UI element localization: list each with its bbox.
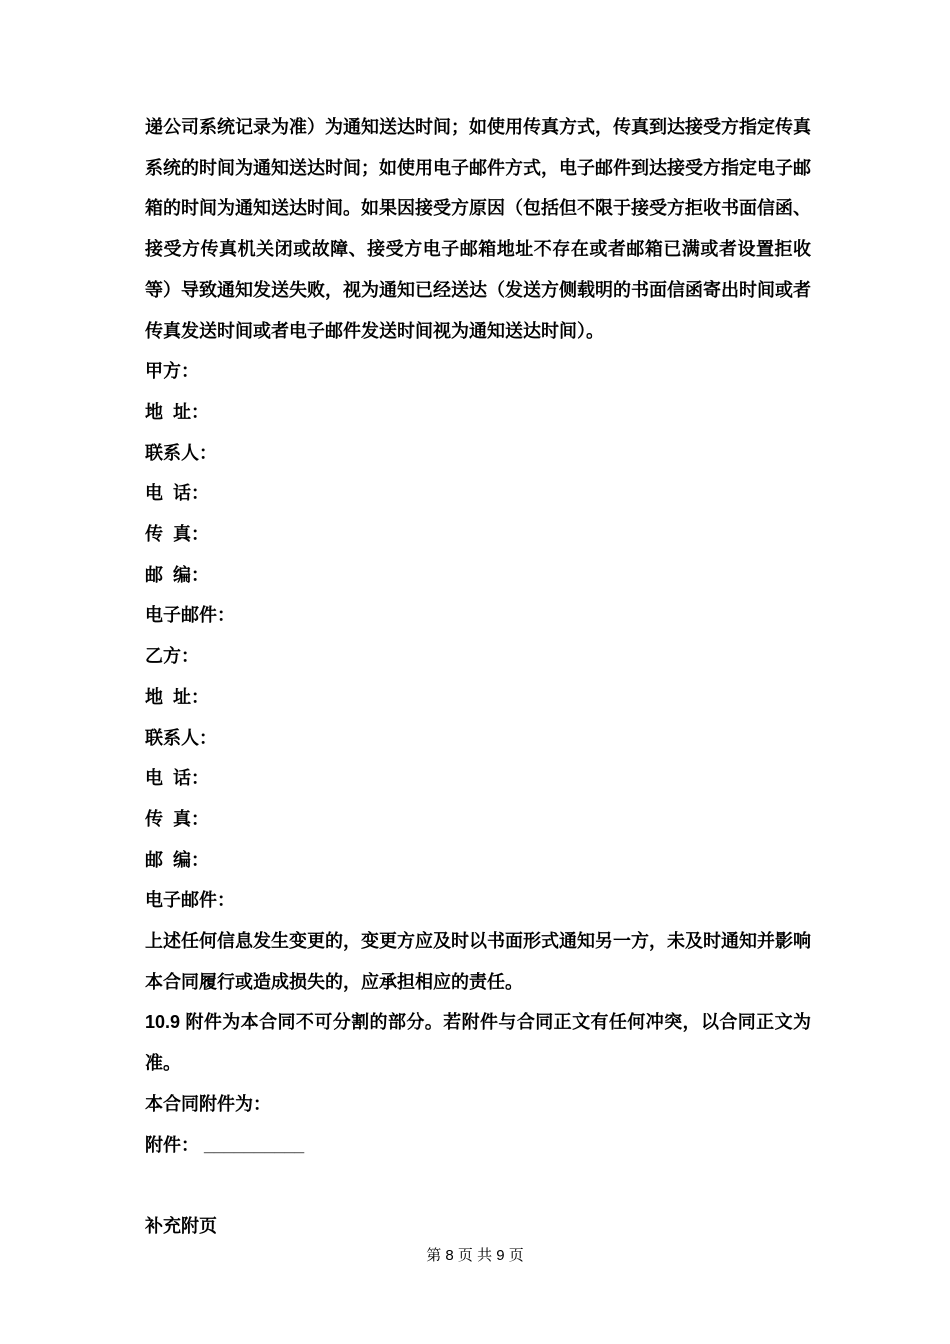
- party-b-label: 乙方：: [145, 636, 811, 677]
- party-b-fax-field: 传 真：: [145, 799, 811, 840]
- party-b-postcode-field: 邮 编：: [145, 840, 811, 881]
- contract-page: 递公司系统记录为准）为通知送达时间；如使用传真方式，传真到达接受方指定传真系统的…: [0, 0, 950, 1344]
- party-b-contact-field: 联系人：: [145, 718, 811, 759]
- party-a-address-field: 地 址：: [145, 392, 811, 433]
- supplement-title: 补充附页: [145, 1206, 811, 1247]
- party-a-phone-field: 电 话：: [145, 473, 811, 514]
- continuation-paragraph: 递公司系统记录为准）为通知送达时间；如使用传真方式，传真到达接受方指定传真系统的…: [145, 107, 811, 351]
- party-b-address-field: 地 址：: [145, 677, 811, 718]
- attachment-blank-underline: __________: [199, 1135, 304, 1155]
- attachment-line: 附件： __________: [145, 1125, 811, 1166]
- party-b-phone-field: 电 话：: [145, 758, 811, 799]
- page-footer: 第 8 页 共 9 页: [0, 1247, 950, 1265]
- party-a-postcode-field: 邮 编：: [145, 555, 811, 596]
- blank-line: [145, 1165, 811, 1206]
- clause-10-9-paragraph: 10.9 附件为本合同不可分割的部分。若附件与合同正文有任何冲突，以合同正文为准…: [145, 1002, 811, 1083]
- change-notice-paragraph: 上述任何信息发生变更的，变更方应及时以书面形式通知另一方，未及时通知并影响本合同…: [145, 921, 811, 1002]
- party-b-email-field: 电子邮件：: [145, 880, 811, 921]
- attachment-intro-line: 本合同附件为：: [145, 1084, 811, 1125]
- party-a-label: 甲方：: [145, 351, 811, 392]
- party-a-contact-field: 联系人：: [145, 433, 811, 474]
- page-body: 递公司系统记录为准）为通知送达时间；如使用传真方式，传真到达接受方指定传真系统的…: [145, 107, 811, 1247]
- party-a-fax-field: 传 真：: [145, 514, 811, 555]
- party-a-email-field: 电子邮件：: [145, 595, 811, 636]
- attachment-label: 附件：: [145, 1135, 199, 1155]
